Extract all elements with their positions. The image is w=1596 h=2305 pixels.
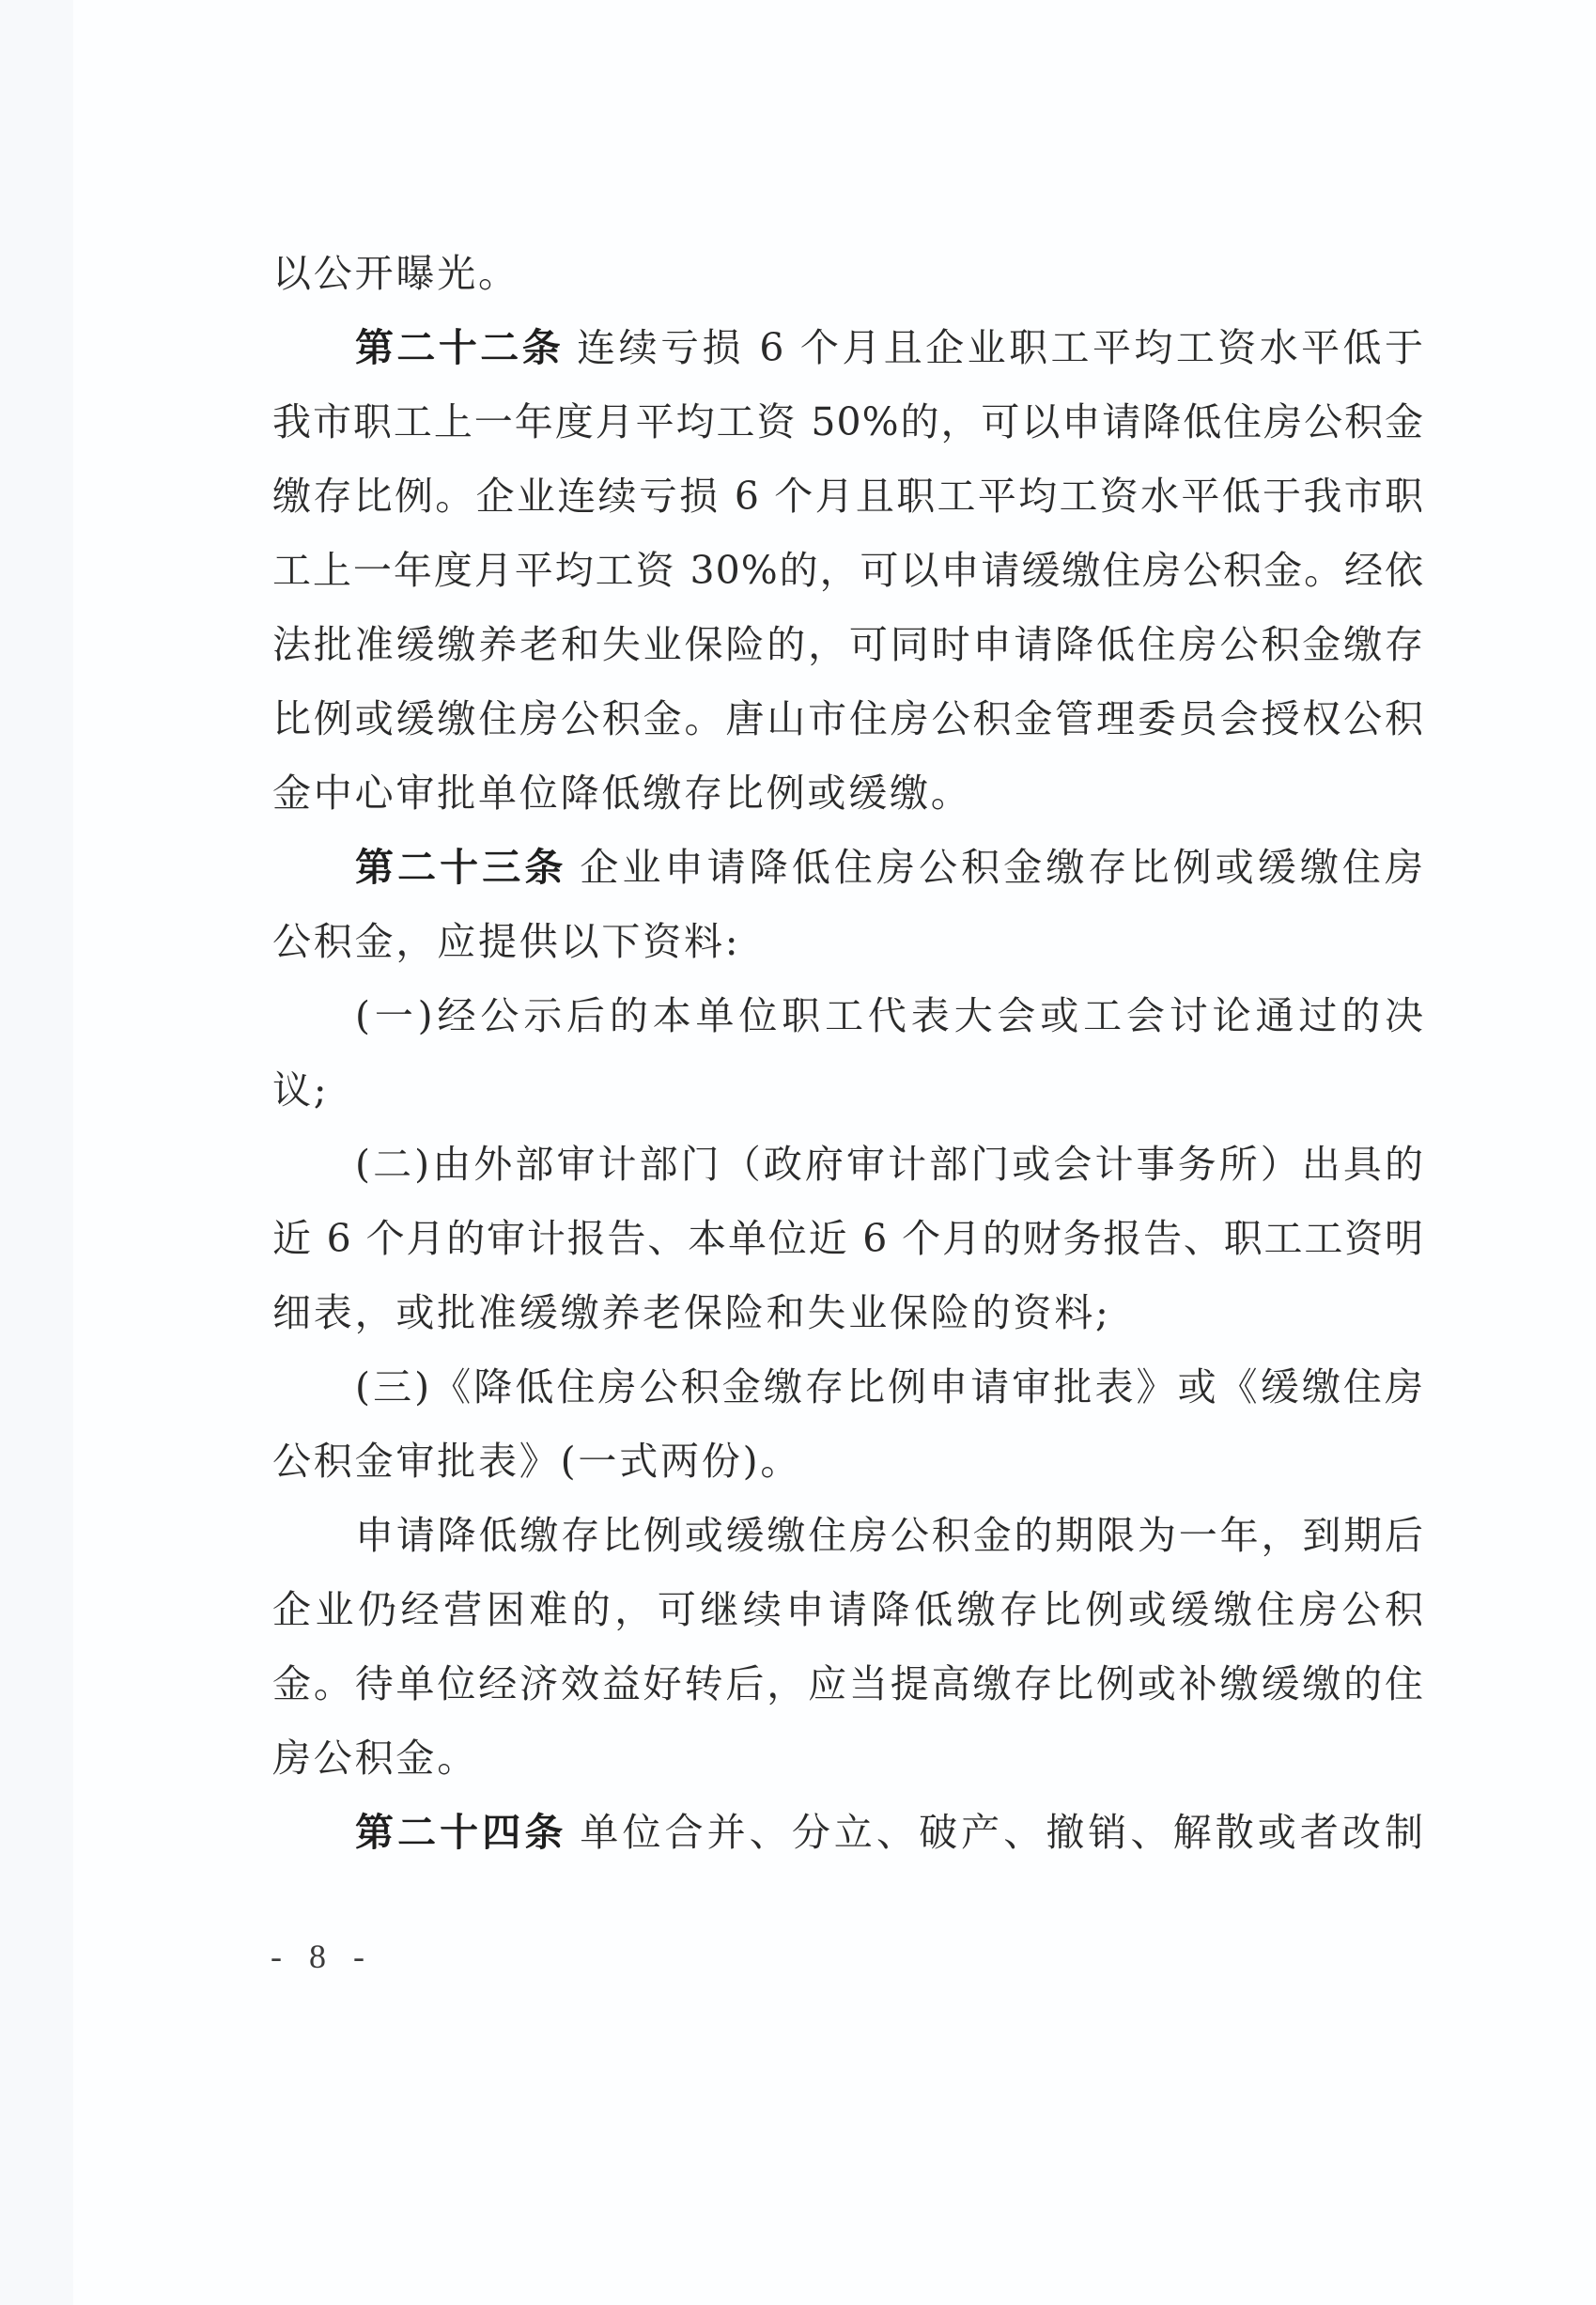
line-text: 房公积金。 xyxy=(272,1736,478,1781)
line-text: 议; xyxy=(272,1067,329,1113)
paragraph-start-line: 申请降低缴存比例或缓缴住房公积金的期限为一年，到期后 xyxy=(272,1499,1424,1573)
line-text: 公积金审批表》(一式两份)。 xyxy=(272,1439,801,1484)
article-title: 第二十三条 xyxy=(355,845,566,890)
line-text: 我市职工上一年度月平均工资 50%的，可以申请降低住房公积金 xyxy=(272,399,1424,444)
line-text: 法批准缓缴养老和失业保险的，可同时申请降低住房公积金缴存 xyxy=(272,622,1424,667)
text-line: 企业仍经营困难的，可继续申请降低缴存比例或缓缴住房公积 xyxy=(272,1573,1424,1647)
text-line: 金。待单位经济效益好转后，应当提高缴存比例或补缴缓缴的住 xyxy=(272,1647,1424,1721)
line-text: 以公开曝光。 xyxy=(272,251,519,296)
article-22-heading-line: 第二十二条连续亏损 6 个月且企业职工平均工资水平低于 xyxy=(272,311,1424,385)
line-text: 工上一年度月平均工资 30%的，可以申请缓缴住房公积金。经依 xyxy=(272,548,1424,593)
text-line: 细表，或批准缓缴养老保险和失业保险的资料; xyxy=(272,1276,1424,1350)
list-item-line: (一)经公示后的本单位职工代表大会或工会讨论通过的决 xyxy=(272,979,1424,1053)
text-line: 近 6 个月的审计报告、本单位近 6 个月的财务报告、职工工资明 xyxy=(272,1202,1424,1276)
text-line: 我市职工上一年度月平均工资 50%的，可以申请降低住房公积金 xyxy=(272,385,1424,459)
text-line: 缴存比例。企业连续亏损 6 个月且职工平均工资水平低于我市职 xyxy=(272,459,1424,534)
line-text: (二)由外部审计部门（政府审计部门或会计事务所）出具的 xyxy=(355,1142,1424,1187)
text-line: 公积金审批表》(一式两份)。 xyxy=(272,1425,1424,1499)
line-text: 比例或缓缴住房公积金。唐山市住房公积金管理委员会授权公积 xyxy=(272,696,1424,741)
text-line: 法批准缓缴养老和失业保险的，可同时申请降低住房公积金缴存 xyxy=(272,608,1424,682)
article-24-heading-line: 第二十四条单位合并、分立、破产、撤销、解散或者改制 xyxy=(272,1796,1424,1870)
line-text: 连续亏损 6 个月且企业职工平均工资水平低于 xyxy=(577,325,1424,370)
line-text: 企业仍经营困难的，可继续申请降低缴存比例或缓缴住房公积 xyxy=(272,1587,1424,1632)
article-title: 第二十二条 xyxy=(355,325,564,370)
article-title: 第二十四条 xyxy=(355,1810,566,1855)
line-text: 企业申请降低住房公积金缴存比例或缓缴住房 xyxy=(580,845,1424,890)
line-text: 申请降低缴存比例或缓缴住房公积金的期限为一年，到期后 xyxy=(355,1513,1424,1558)
line-text: 缴存比例。企业连续亏损 6 个月且职工平均工资水平低于我市职 xyxy=(272,474,1424,519)
scan-edge-shadow xyxy=(0,0,73,2305)
line-text: 单位合并、分立、破产、撤销、解散或者改制 xyxy=(580,1810,1424,1855)
list-item-line: (三)《降低住房公积金缴存比例申请审批表》或《缓缴住房 xyxy=(272,1350,1424,1425)
document-page-body: 以公开曝光。 第二十二条连续亏损 6 个月且企业职工平均工资水平低于 我市职工上… xyxy=(272,237,1424,1870)
text-line: 工上一年度月平均工资 30%的，可以申请缓缴住房公积金。经依 xyxy=(272,534,1424,608)
text-line: 议; xyxy=(272,1053,1424,1128)
text-line: 房公积金。 xyxy=(272,1721,1424,1796)
text-line: 比例或缓缴住房公积金。唐山市住房公积金管理委员会授权公积 xyxy=(272,682,1424,756)
text-line: 金中心审批单位降低缴存比例或缓缴。 xyxy=(272,756,1424,831)
text-line: 公积金，应提供以下资料: xyxy=(272,905,1424,979)
line-text: 细表，或批准缓缴养老保险和失业保险的资料; xyxy=(272,1290,1111,1335)
line-text: (一)经公示后的本单位职工代表大会或工会讨论通过的决 xyxy=(355,993,1424,1038)
page-number: - 8 - xyxy=(271,1938,374,1975)
list-item-line: (二)由外部审计部门（政府审计部门或会计事务所）出具的 xyxy=(272,1128,1424,1202)
line-text: 公积金，应提供以下资料: xyxy=(272,919,740,964)
text-line: 以公开曝光。 xyxy=(272,237,1424,311)
article-23-heading-line: 第二十三条企业申请降低住房公积金缴存比例或缓缴住房 xyxy=(272,831,1424,905)
line-text: (三)《降低住房公积金缴存比例申请审批表》或《缓缴住房 xyxy=(355,1364,1424,1409)
line-text: 金。待单位经济效益好转后，应当提高缴存比例或补缴缓缴的住 xyxy=(272,1661,1424,1706)
line-text: 金中心审批单位降低缴存比例或缓缴。 xyxy=(272,771,972,816)
line-text: 近 6 个月的审计报告、本单位近 6 个月的财务报告、职工工资明 xyxy=(272,1216,1424,1261)
